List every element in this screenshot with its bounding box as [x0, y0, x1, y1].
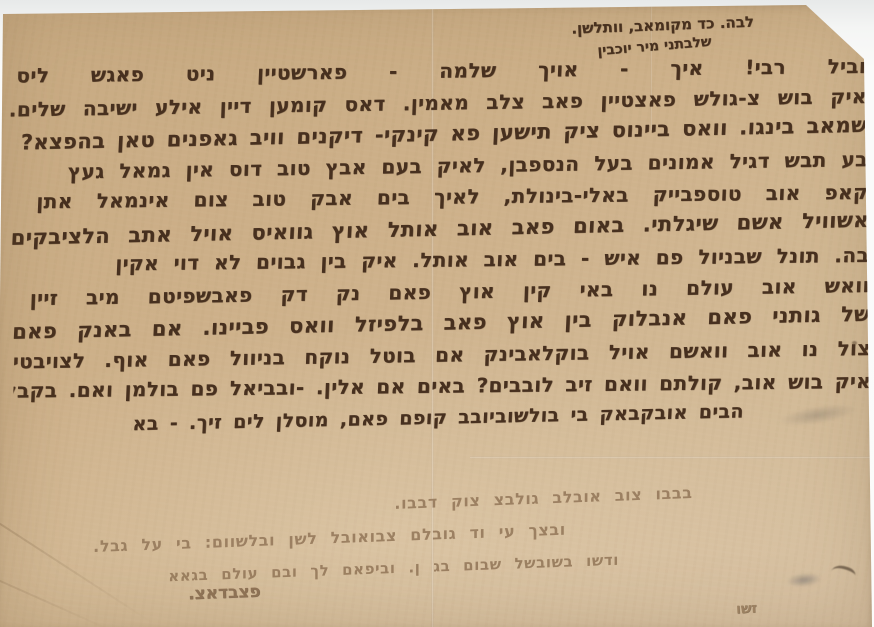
scan-background: לבה. כד מקומאב, וותלשן. שלבתני מיר יוכבי…: [0, 0, 874, 627]
letter-paper: לבה. כד מקומאב, וותלשן. שלבתני מיר יוכבי…: [0, 0, 874, 627]
corner-notation: זשו: [736, 600, 758, 617]
ink-stain: [829, 563, 857, 586]
ink-smudge: [785, 571, 822, 589]
letter-postscript: בבבו צוב אובלב גולבצ צוק דבבו. ובצך עי ו…: [36, 477, 695, 597]
paper-crease-horizontal: [470, 456, 874, 459]
letter-closing-signature: פצבדאצ.: [188, 582, 261, 605]
letter-body: וביל רבי! איך - אויך שלמה - פארשטיין ניט…: [8, 49, 872, 440]
